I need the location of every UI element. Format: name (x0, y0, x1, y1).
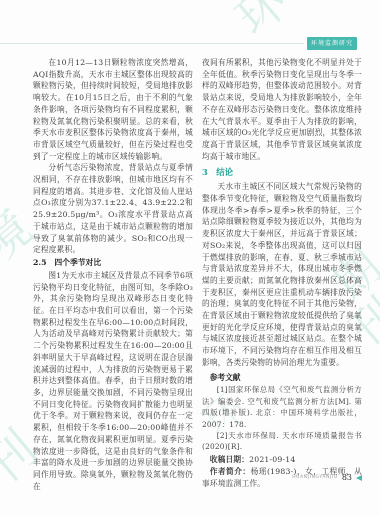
journal-pinyin: HUANJINGYANJIU (292, 475, 338, 480)
page-number: 83 (342, 473, 352, 482)
header-divider (0, 43, 304, 44)
references-heading: 参考文献 (202, 372, 362, 384)
conclusion-heading: 3 结论 (202, 166, 362, 178)
paragraph: 天水市主城区不同区域大气常规污染物的整体季节变化特征，颗粒物及空气质量指数均体现… (202, 181, 362, 368)
paragraph: 夜间有所累积，其他污染物变化不明显并处于全年低值。秋季污染物日变化呈现出与冬季一… (202, 57, 362, 162)
page-footer: HUANJINGYANJIU 83 (292, 473, 362, 482)
paragraph: 在10月12—13日颗粒物浓度突然增高，AQI指数升高，天水市主城区整体出现较高… (33, 57, 193, 162)
left-column: 在10月12—13日颗粒物浓度突然增高，AQI指数升高，天水市主城区整体出现较高… (33, 57, 193, 485)
journal-page: 环 境 期 刊 刊 环 环境监测研究 在10月12—13日颗粒物浓度突然增高，A… (0, 0, 380, 515)
subsection-heading: 2.5 四个季节对比 (33, 257, 193, 269)
received-date-line: 收稿日期：2021-09-14 (202, 454, 362, 466)
watermark-text: 环 (228, 0, 296, 44)
paragraph: 图1为天水市主城区及背景点不同季节6项污染物平均日变化特征，由图可知，冬季除O₃… (33, 270, 193, 492)
article-body: 在10月12—13日颗粒物浓度突然增高，AQI指数升高，天水市主城区整体出现较高… (33, 57, 362, 485)
left-triangle-icon (356, 475, 362, 481)
reference-item: [2]天水市环保局. 天水市环境质量报告书(2020)[R]. (202, 430, 362, 453)
received-date-label: 收稿日期： (210, 455, 249, 464)
author-bio-label: 作者简介： (210, 467, 251, 476)
paragraph: 分析气态污染物浓度，背景站点与夏季情况相同，不存在排放影响，但城市地区均有不同程… (33, 162, 193, 256)
received-date-value: 2021-09-14 (249, 455, 295, 464)
section-badge: 环境监测研究 (307, 37, 357, 50)
right-column: 夜间有所累积，其他污染物变化不明显并处于全年低值。秋季污染物日变化呈现出与冬季一… (202, 57, 362, 485)
reference-item: [1]国家环保总局《空气和废气监测分析方法》编委会. 空气和废气监测分析方法[M… (202, 384, 362, 430)
